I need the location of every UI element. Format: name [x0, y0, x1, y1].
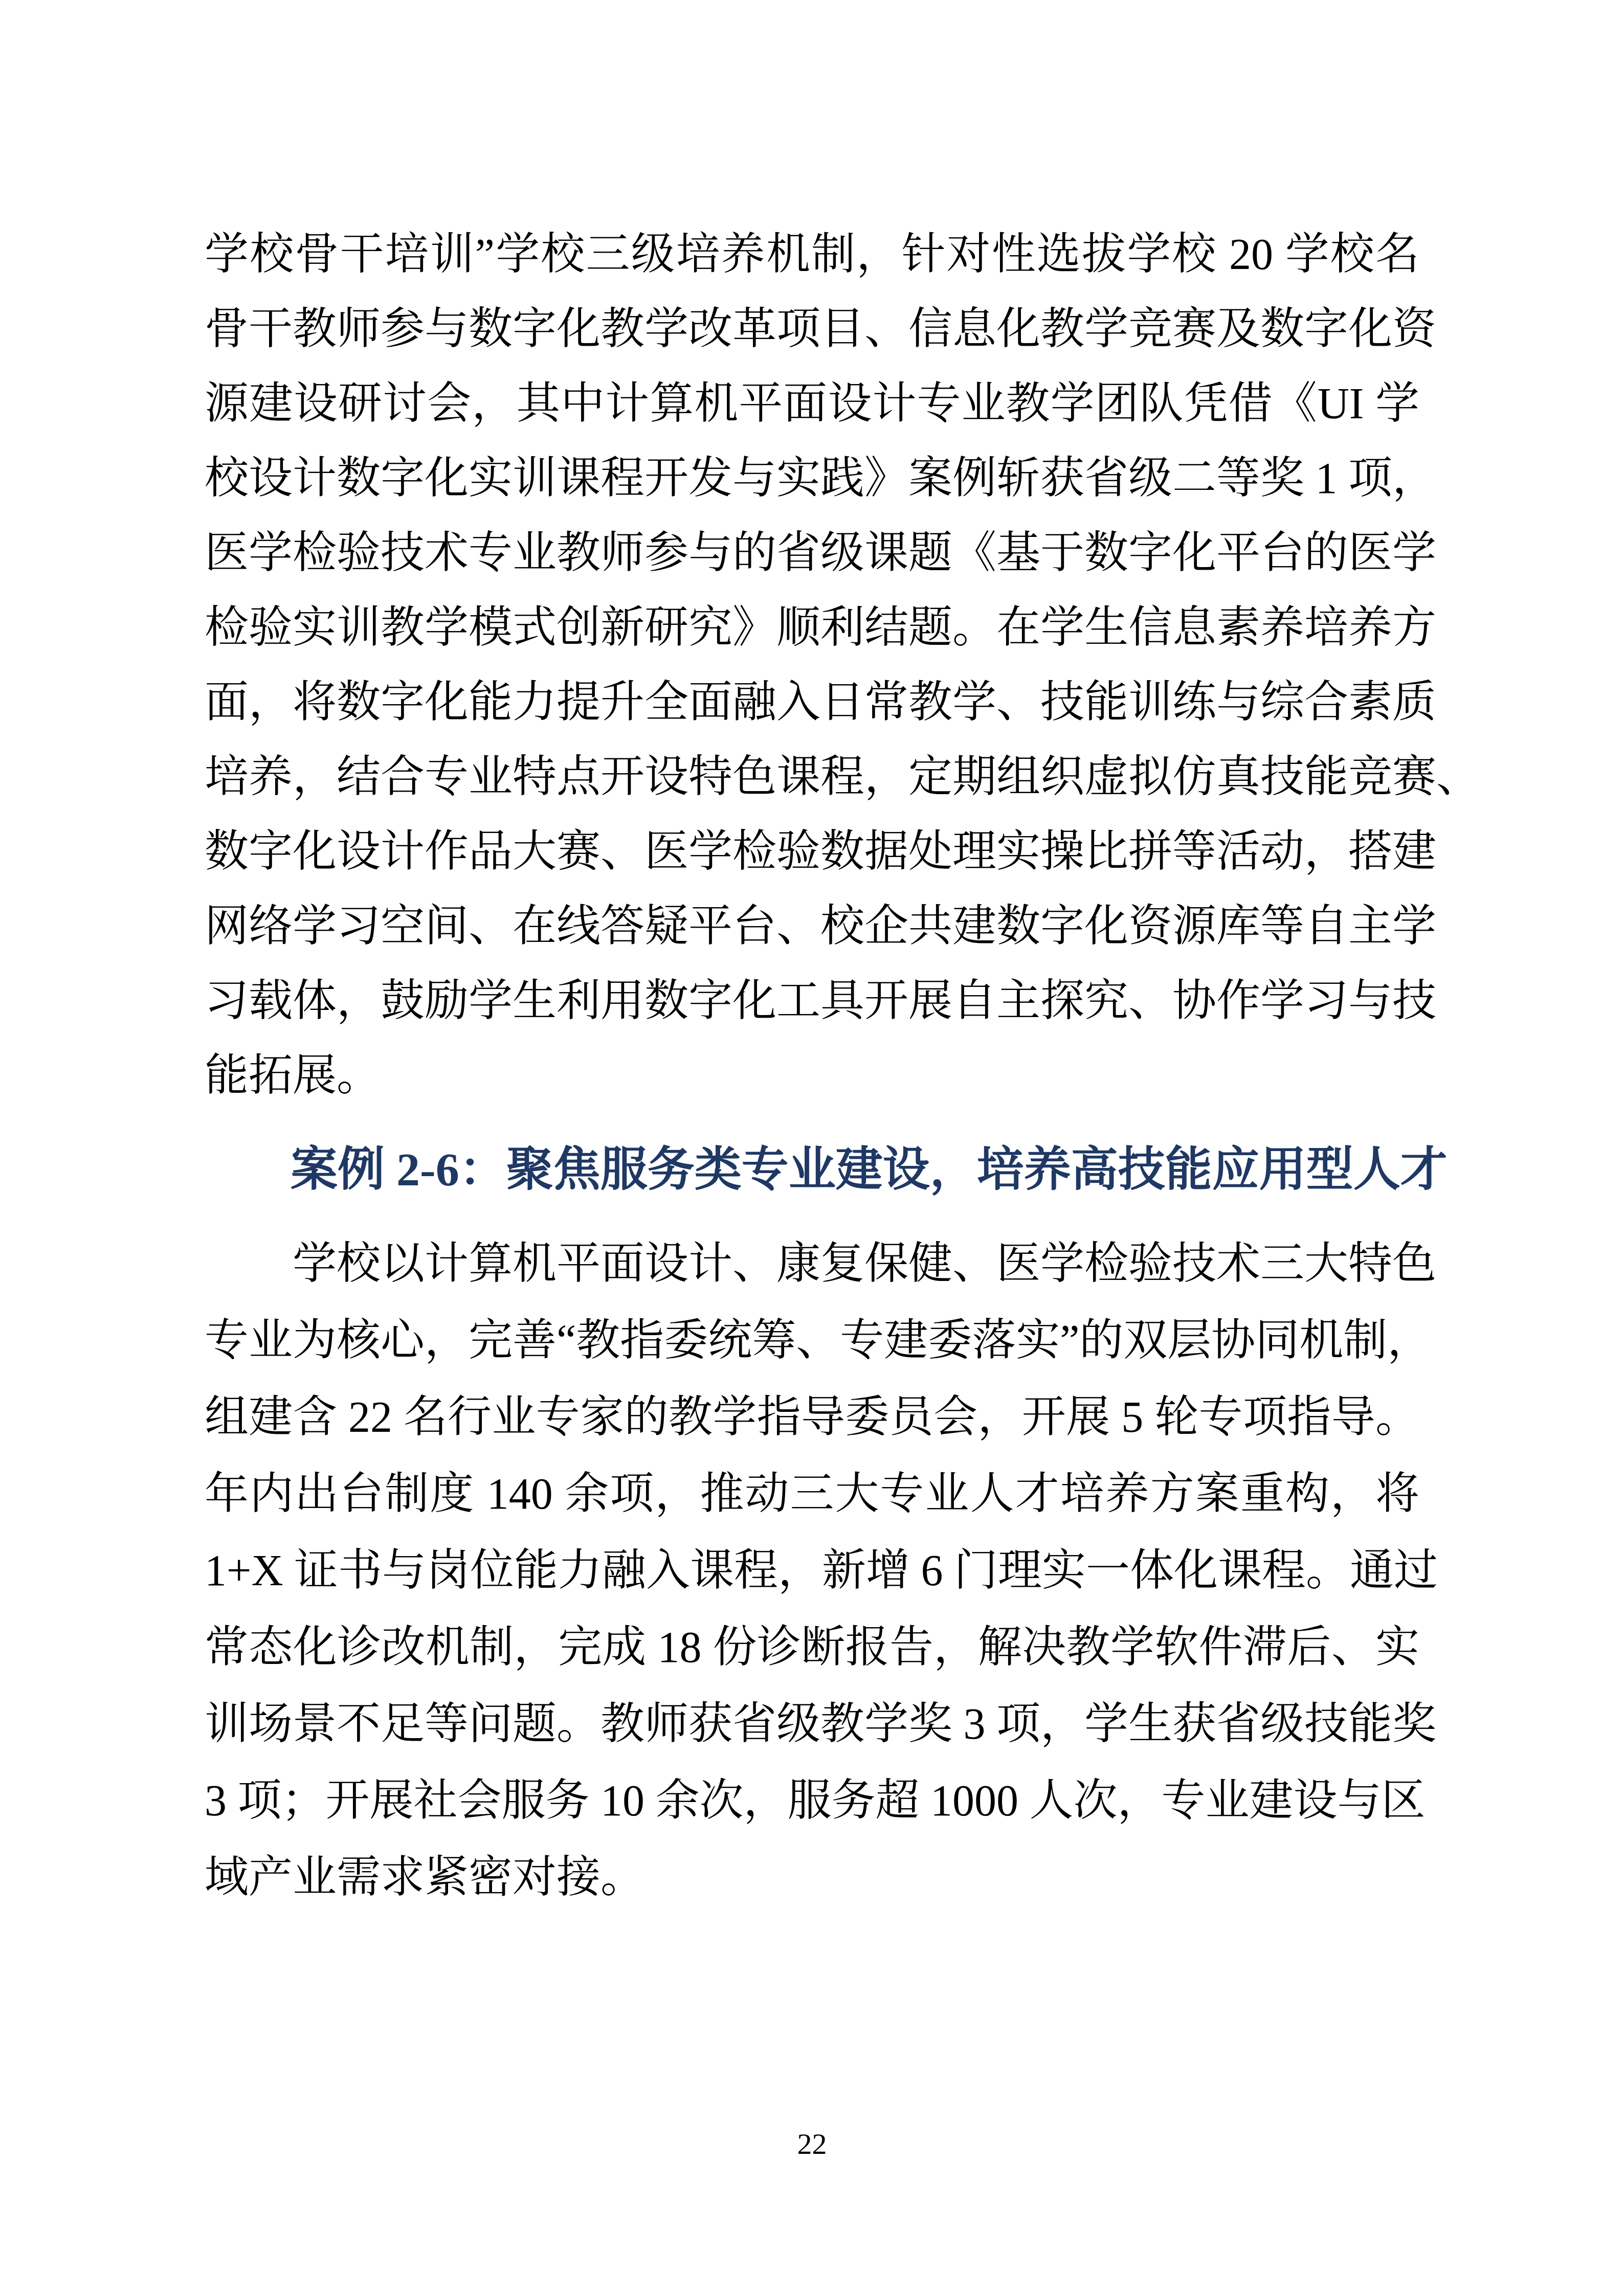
- text-line: 面，将数字化能力提升全面融入日常教学、技能训练与综合素质: [205, 665, 1419, 739]
- text-line: 学校骨干培训”学校三级培养机制，针对性选拔学校 20 学校名: [205, 217, 1419, 291]
- text-block: 学校骨干培训”学校三级培养机制，针对性选拔学校 20 学校名骨干教师参与数字化教…: [205, 217, 1419, 1916]
- text-line: 训场景不足等问题。教师获省级教学奖 3 项，学生获省级技能奖: [205, 1685, 1419, 1762]
- document-page: 学校骨干培训”学校三级培养机制，针对性选拔学校 20 学校名骨干教师参与数字化教…: [0, 0, 1624, 2296]
- text-line: 能拓展。: [205, 1038, 1419, 1113]
- text-line: 骨干教师参与数字化教学改革项目、信息化教学竞赛及数字化资: [205, 291, 1419, 366]
- text-line: 网络学习空间、在线答疑平台、校企共建数字化资源库等自主学: [205, 889, 1419, 963]
- text-line: 学校以计算机平面设计、康复保健、医学检验技术三大特色: [205, 1225, 1419, 1302]
- text-line: 数字化设计作品大赛、医学检验数据处理实操比拼等活动，搭建: [205, 814, 1419, 889]
- text-line: 检验实训教学模式创新研究》顺利结题。在学生信息素养培养方: [205, 590, 1419, 665]
- text-line: 年内出台制度 140 余项，推动三大专业人才培养方案重构，将: [205, 1455, 1419, 1532]
- case-2-6-heading: 案例 2-6：聚焦服务类专业建设，培养高技能应用型人才: [205, 1131, 1419, 1208]
- text-line: 培养，结合专业特点开设特色课程，定期组织虚拟仿真技能竞赛、: [205, 739, 1419, 814]
- paragraph-continued-from-previous-page: 学校骨干培训”学校三级培养机制，针对性选拔学校 20 学校名骨干教师参与数字化教…: [205, 217, 1419, 1113]
- text-line: 常态化诊改机制，完成 18 份诊断报告，解决教学软件滞后、实: [205, 1609, 1419, 1685]
- text-line: 源建设研讨会，其中计算机平面设计专业教学团队凭借《UI 学: [205, 366, 1419, 441]
- page-number: 22: [0, 2126, 1624, 2162]
- text-line: 校设计数字化实训课程开发与实践》案例斩获省级二等奖 1 项，: [205, 441, 1419, 515]
- text-line: 习载体，鼓励学生利用数字化工具开展自主探究、协作学习与技: [205, 963, 1419, 1038]
- text-line: 域产业需求紧密对接。: [205, 1839, 1419, 1916]
- text-line: 组建含 22 名行业专家的教学指导委员会，开展 5 轮专项指导。: [205, 1379, 1419, 1455]
- text-line: 3 项；开展社会服务 10 余次，服务超 1000 人次，专业建设与区: [205, 1762, 1419, 1839]
- text-line: 专业为核心，完善“教指委统筹、专建委落实”的双层协同机制，: [205, 1302, 1419, 1379]
- text-line: 医学检验技术专业教师参与的省级课题《基于数字化平台的医学: [205, 515, 1419, 590]
- paragraph-case-2-6-body: 学校以计算机平面设计、康复保健、医学检验技术三大特色专业为核心，完善“教指委统筹…: [205, 1225, 1419, 1916]
- text-line: 1+X 证书与岗位能力融入课程，新增 6 门理实一体化课程。通过: [205, 1532, 1419, 1609]
